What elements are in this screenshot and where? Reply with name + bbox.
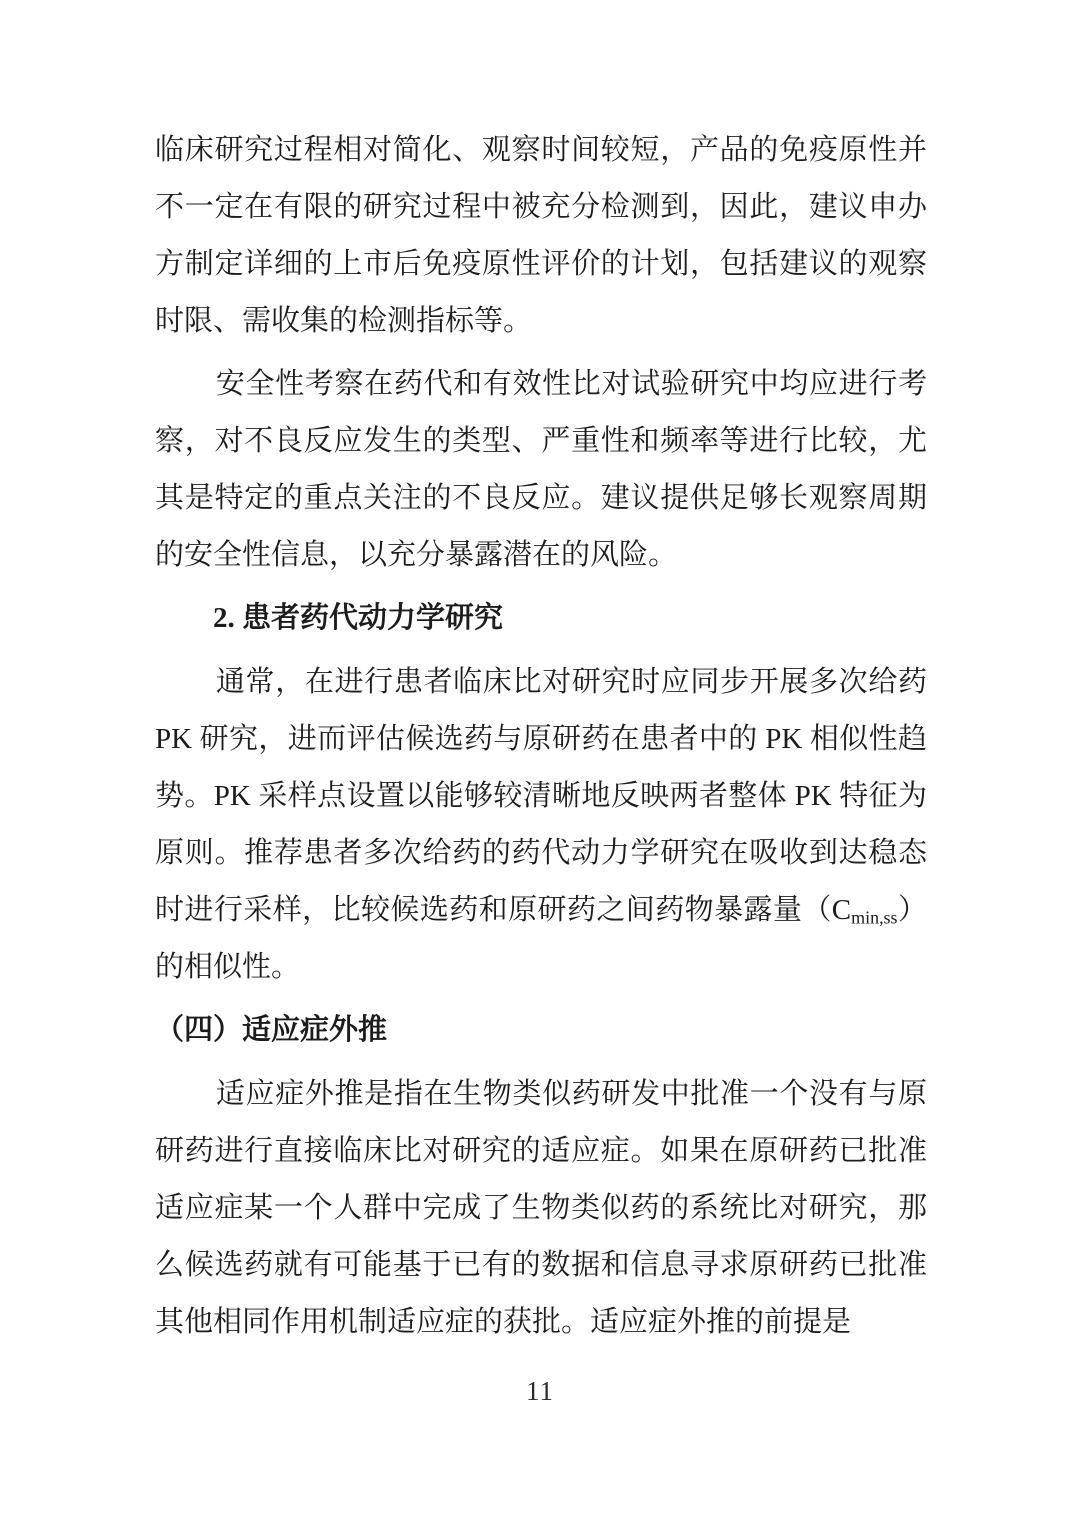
- cmin-ss-subscript: min,ss: [851, 907, 897, 927]
- page-number: 11: [0, 1376, 1080, 1407]
- paragraph-indication-extrapolation: 适应症外推是指在生物类似药研发中批准一个没有与原研药进行直接临床比对研究的适应症…: [155, 1066, 927, 1351]
- pk-text-before-subscript: 通常，在进行患者临床比对研究时应同步开展多次给药 PK 研究，进而评估候选药与原…: [155, 666, 927, 926]
- page-body: 临床研究过程相对简化、观察时间较短，产品的免疫原性并不一定在有限的研究过程中被充…: [155, 122, 927, 1357]
- paragraph-safety-observation: 安全性考察在药代和有效性比对试验研究中均应进行考察，对不良反应发生的类型、严重性…: [155, 356, 927, 584]
- heading-indication-extrapolation: （四）适应症外推: [155, 1002, 927, 1059]
- paragraph-pk-study: 通常，在进行患者临床比对研究时应同步开展多次给药 PK 研究，进而评估候选药与原…: [155, 654, 927, 996]
- paragraph-immunogenicity-continuation: 临床研究过程相对简化、观察时间较短，产品的免疫原性并不一定在有限的研究过程中被充…: [155, 122, 927, 350]
- document-page: 临床研究过程相对简化、观察时间较短，产品的免疫原性并不一定在有限的研究过程中被充…: [0, 0, 1080, 1527]
- heading-patient-pharmacokinetics: 2. 患者药代动力学研究: [155, 590, 927, 647]
